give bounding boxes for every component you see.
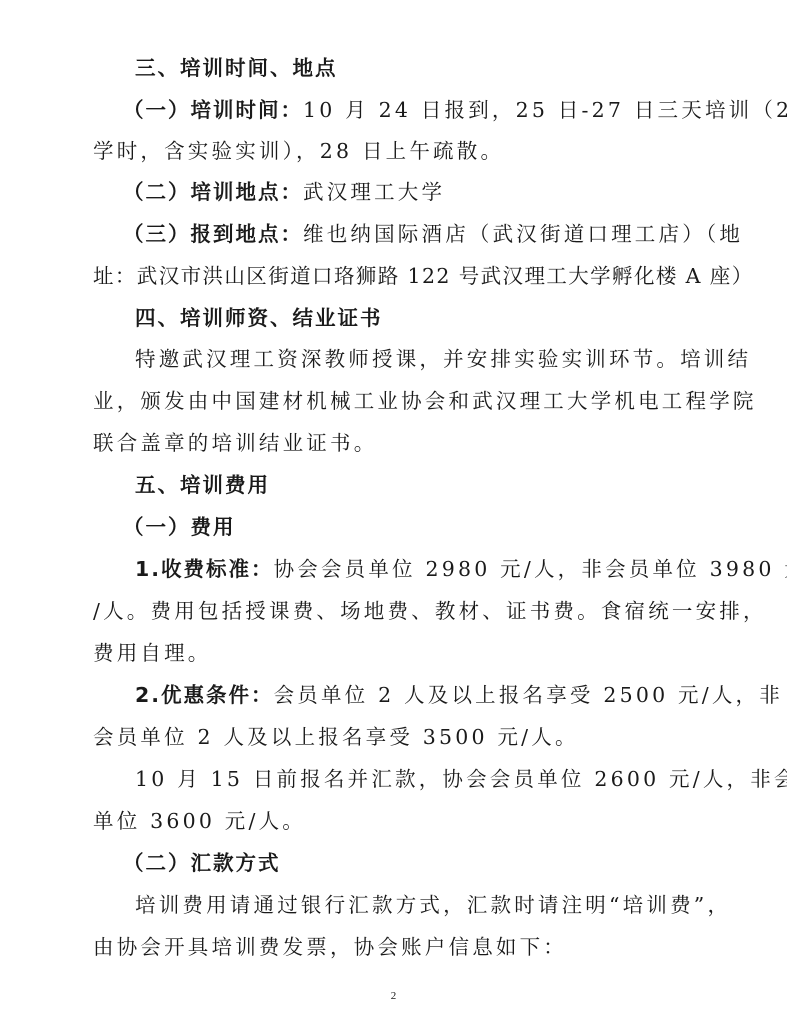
- section-5-heading: 五、培训费用: [135, 473, 270, 497]
- fees-subheading: （一）费用: [123, 515, 236, 539]
- remittance-line-2: 由协会开具培训费发票，协会账户信息如下：: [93, 935, 567, 959]
- checkin-location-line-1: （三）报到地点：维也纳国际酒店（武汉街道口理工店）（地: [123, 222, 743, 246]
- remittance-subheading: （二）汇款方式: [123, 851, 281, 875]
- section-4-heading: 四、培训师资、结业证书: [135, 306, 383, 330]
- discount-line-1: 2.优惠条件：会员单位 2 人及以上报名享受 2500 元/人，非: [135, 683, 783, 707]
- fee-standard-label: 1.收费标准：: [135, 557, 274, 581]
- discount-line-2: 会员单位 2 人及以上报名享受 3500 元/人。: [93, 725, 579, 749]
- faculty-para-line-3: 联合盖章的培训结业证书。: [93, 431, 377, 455]
- faculty-para-line-1: 特邀武汉理工资深教师授课，并安排实验实训环节。培训结: [135, 347, 751, 371]
- fee-standard-line-3: 费用自理。: [93, 641, 212, 665]
- fee-standard-text: 协会会员单位 2980 元/人，非会员单位 3980 元: [274, 557, 787, 581]
- faculty-para-line-2: 业，颁发由中国建材机械工业协会和武汉理工大学机电工程学院: [93, 389, 757, 413]
- training-time-line-2: 学时，含实验实训），28 日上午疏散。: [93, 139, 504, 163]
- section-3-heading: 三、培训时间、地点: [135, 56, 338, 80]
- page-number: 2: [0, 990, 787, 1002]
- training-time-text: 10 月 24 日报到，25 日-27 日三天培训（24: [303, 98, 787, 122]
- fee-standard-line-2: /人。费用包括授课费、场地费、教材、证书费。食宿统一安排，: [93, 599, 767, 623]
- training-location-text: 武汉理工大学: [303, 180, 445, 204]
- discount-text: 会员单位 2 人及以上报名享受 2500 元/人，非: [274, 683, 783, 707]
- training-time-line-1: （一）培训时间：10 月 24 日报到，25 日-27 日三天培训（24: [123, 98, 787, 122]
- checkin-location-text: 维也纳国际酒店（武汉街道口理工店）（地: [303, 222, 743, 246]
- checkin-location-line-2: 址：武汉市洪山区街道口珞狮路 122 号武汉理工大学孵化楼 A 座）: [93, 264, 754, 288]
- early-bird-line-2: 单位 3600 元/人。: [93, 809, 306, 833]
- discount-label: 2.优惠条件：: [135, 683, 274, 707]
- training-location-label: （二）培训地点：: [123, 180, 303, 204]
- remittance-line-1: 培训费用请通过银行汇款方式，汇款时请注明“培训费”，: [135, 893, 731, 917]
- training-time-label: （一）培训时间：: [123, 98, 303, 122]
- fee-standard-line-1: 1.收费标准：协会会员单位 2980 元/人，非会员单位 3980 元: [135, 557, 787, 581]
- checkin-location-label: （三）报到地点：: [123, 222, 303, 246]
- training-location-line: （二）培训地点：武汉理工大学: [123, 180, 445, 204]
- early-bird-line-1: 10 月 15 日前报名并汇款，协会会员单位 2600 元/人，非会员: [135, 767, 787, 791]
